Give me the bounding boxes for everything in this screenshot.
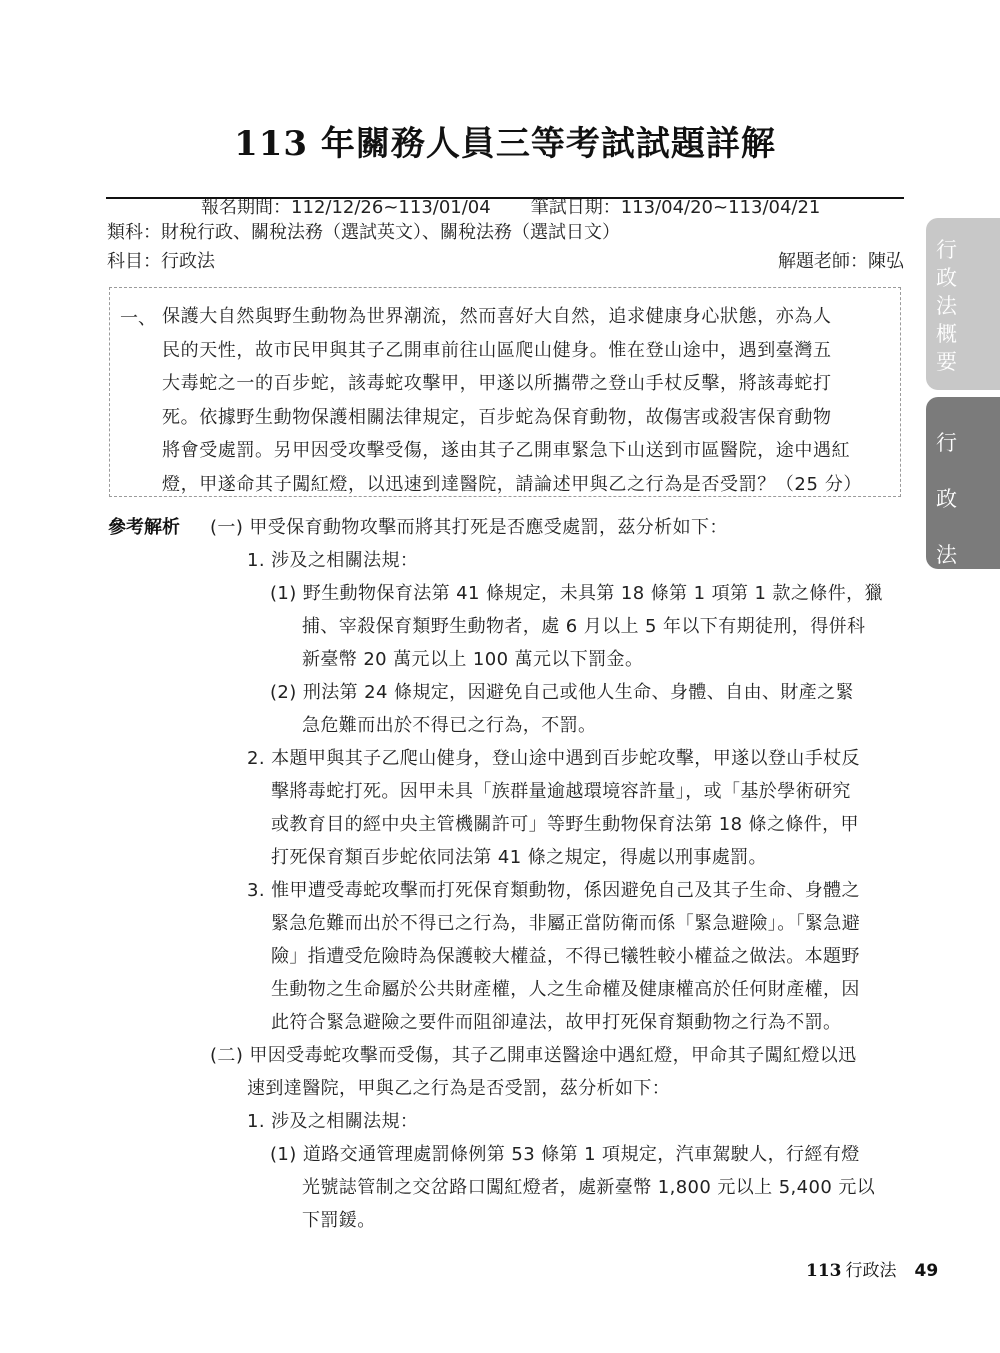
side-tab-char: 要 [936, 348, 1000, 376]
page-title: 113 年關務人員三等考試試題詳解 [0, 116, 1000, 165]
question-text: 保護大自然與野生動物為世界潮流，然而喜好大自然，追求健康身心狀態，亦為人 民的天… [162, 300, 890, 501]
question-line: 死。依據野生動物保護相關法律規定，百步蛇為保育動物，故傷害或殺害保育動物 [162, 401, 890, 435]
question-line: 保護大自然與野生動物為世界潮流，然而喜好大自然，追求健康身心狀態，亦為人 [162, 300, 890, 334]
side-tab-char: 法 [936, 527, 1000, 583]
answer-line: 1. 涉及之相關法規： [247, 1107, 418, 1133]
answer-line: 下罰鍰。 [302, 1206, 376, 1232]
answer-line: 打死保育類百步蛇依同法第 41 條之規定，得處以刑事處罰。 [271, 843, 767, 869]
question-line: 民的天性，故市民甲與其子乙開車前往山區爬山健身。惟在登山途中，遇到臺灣五 [162, 334, 890, 368]
side-tab-char: 行 [936, 236, 1000, 264]
exam-date: 筆試日期：113/04/20~113/04/21 [531, 197, 821, 218]
subject-line: 科目：行政法 解題老師：陳弘 [107, 247, 904, 273]
answer-line: 速到達醫院，甲與乙之行為是否受罰，茲分析如下： [247, 1074, 670, 1100]
answer-line: (一) 甲受保育動物攻擊而將其打死是否應受處罰，茲分析如下： [210, 513, 728, 539]
registration-period: 報名期間：112/12/26~113/01/04 [201, 197, 491, 218]
side-tab-char: 概 [936, 320, 1000, 348]
answer-line: 或教育目的經中央主管機關許可」等野生動物保育法第 18 條之條件，甲 [271, 810, 859, 836]
answer-line: 急危難而出於不得已之行為，不罰。 [302, 711, 596, 737]
answer-line: 緊急危難而出於不得已之行為，非屬正當防衛而係「緊急避險」。「緊急避 [271, 909, 860, 935]
exam-dates: 報名期間：112/12/26~113/01/04筆試日期：113/04/20~1… [0, 172, 1000, 219]
side-tab-char: 政 [936, 264, 1000, 292]
question-line: 大毒蛇之一的百步蛇，該毒蛇攻擊甲，甲遂以所攜帶之登山手杖反擊，將該毒蛇打 [162, 367, 890, 401]
answer-line: (二) 甲因受毒蛇攻擊而受傷，其子乙開車送醫途中遇紅燈，甲命其子闖紅燈以迅 [210, 1041, 857, 1067]
side-tab-char: 行 [936, 415, 1000, 471]
answer-line: (1) 道路交通管理處罰條例第 53 條第 1 項規定，汽車駕駛人，行經有燈 [270, 1140, 860, 1166]
header-divider [106, 197, 904, 199]
page-number: 49 [915, 1261, 939, 1281]
subject: 科目：行政法 [107, 251, 215, 272]
answer-line: 捕、宰殺保育類野生動物者，處 6 月以上 5 年以下有期徒刑，得併科 [302, 612, 865, 638]
footer-subject: 行政法 [846, 1261, 897, 1281]
answer-label: 參考解析 [108, 513, 180, 539]
answer-line: 新臺幣 20 萬元以上 100 萬元以下罰金。 [302, 645, 643, 671]
answer-line: 擊將毒蛇打死。因甲未具「族群量逾越環境容許量」，或「基於學術研究 [271, 777, 851, 803]
side-tab-admin-law-overview[interactable]: 行 政 法 概 要 [926, 218, 1000, 390]
side-tab-admin-law[interactable]: 行 政 法 [926, 397, 1000, 569]
question-line: 將會受處罰。另甲因受攻擊受傷，遂由其子乙開車緊急下山送到市區醫院，途中遇紅 [162, 434, 890, 468]
answer-line: 光號誌管制之交岔路口闖紅燈者，處新臺幣 1,800 元以上 5,400 元以 [302, 1173, 875, 1199]
side-tab-char: 政 [936, 471, 1000, 527]
answer-line: 生動物之生命屬於公共財產權，人之生命權及健康權高於任何財產權，因 [271, 975, 860, 1001]
side-tab-char: 法 [936, 292, 1000, 320]
answer-line: 此符合緊急避險之要件而阻卻違法，故甲打死保育類動物之行為不罰。 [271, 1008, 841, 1034]
answer-line: 2. 本題甲與其子乙爬山健身，登山途中遇到百步蛇攻擊，甲遂以登山手杖反 [247, 744, 860, 770]
category-line: 類科：財稅行政、關稅法務（選試英文）、關稅法務（選試日文） [107, 218, 904, 244]
answer-line: 1. 涉及之相關法規： [247, 546, 418, 572]
question-line: 燈，甲遂命其子闖紅燈，以迅速到達醫院，請論述甲與乙之行為是否受罰？（25 分） [162, 468, 890, 502]
question-number: 一、 [120, 304, 156, 330]
teacher: 解題老師：陳弘 [778, 247, 904, 273]
answer-line: 3. 惟甲遭受毒蛇攻擊而打死保育類動物，係因避免自己及其子生命、身體之 [247, 876, 860, 902]
answer-line: (2) 刑法第 24 條規定，因避免自己或他人生命、身體、自由、財產之緊 [270, 678, 854, 704]
answer-line: 險」指遭受危險時為保護較大權益，不得已犧牲較小權益之做法。本題野 [271, 942, 860, 968]
page-footer: 113行政法49 [806, 1256, 938, 1281]
footer-year: 113 [806, 1261, 842, 1281]
answer-line: (1) 野生動物保育法第 41 條規定，未具第 18 條第 1 項第 1 款之條… [270, 579, 883, 605]
